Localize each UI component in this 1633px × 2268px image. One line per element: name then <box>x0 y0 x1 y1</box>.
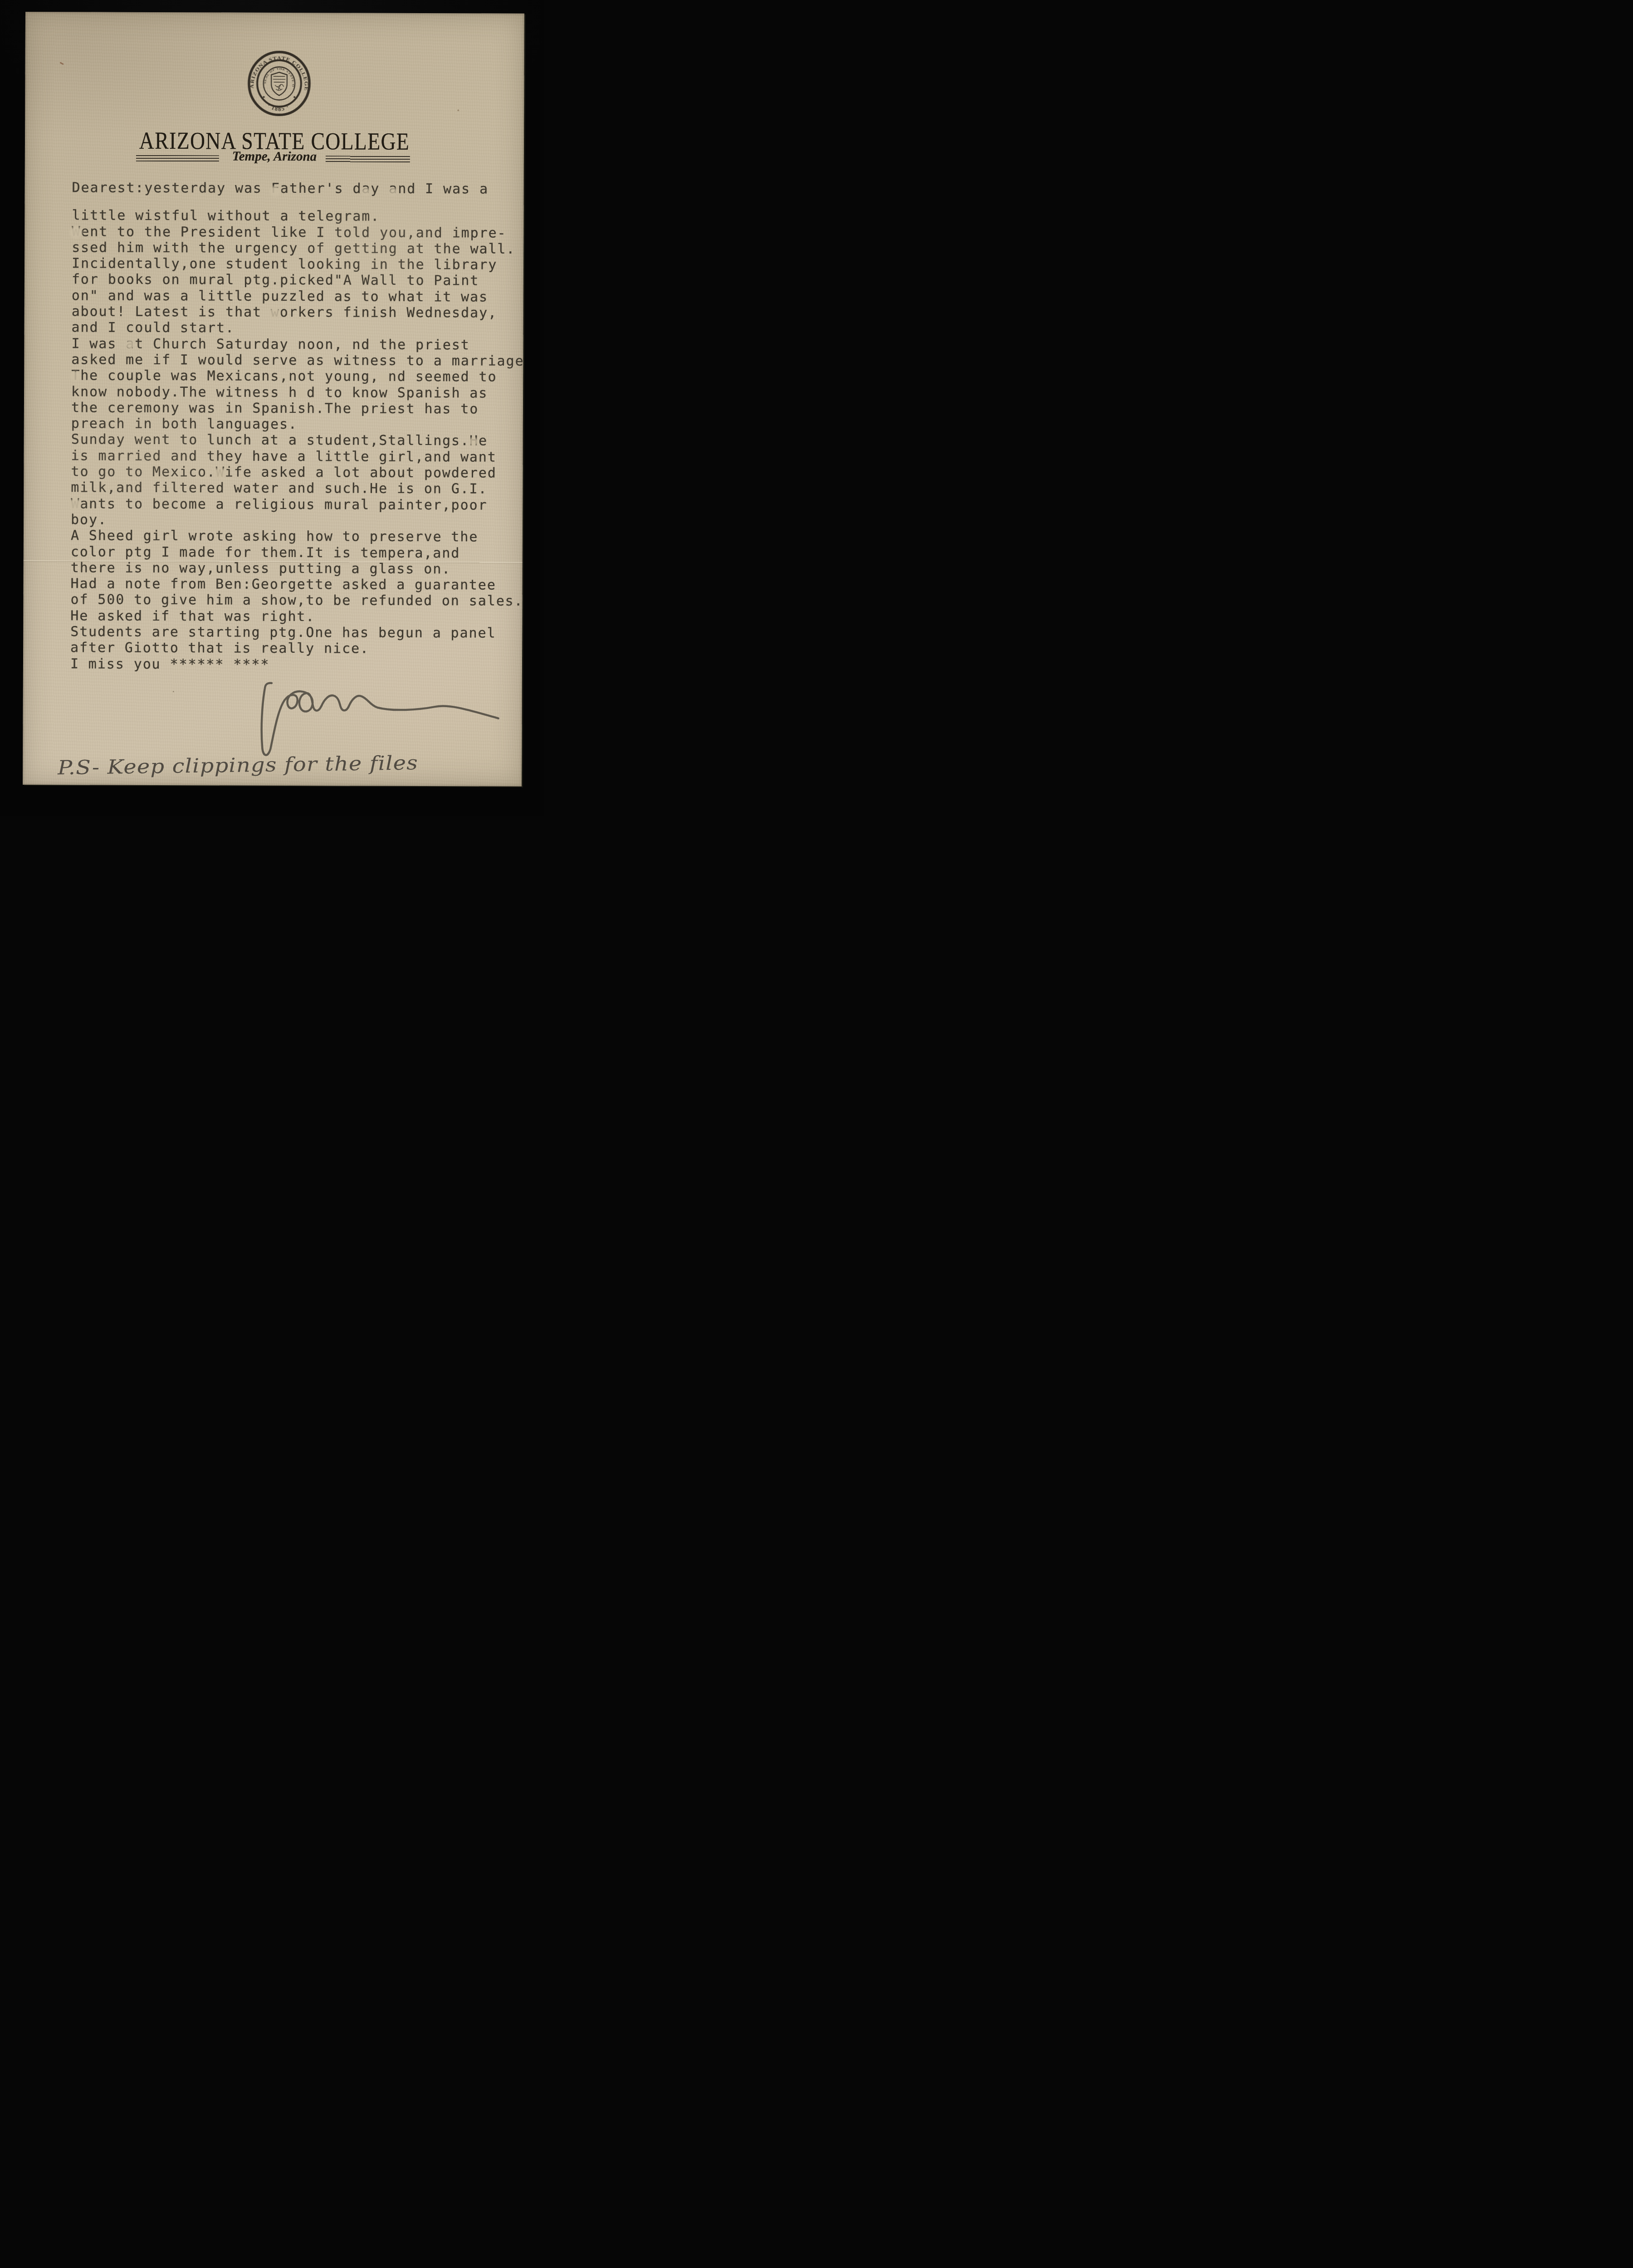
letter-line: know nobody.The witness h d to know Span… <box>71 384 524 401</box>
letter-line: boy. <box>71 512 524 529</box>
letter-line: I miss you ****** **** <box>70 656 524 674</box>
letter-line: Sunday went to lunch at a student,Stalli… <box>71 432 524 450</box>
letter-line: Students are starting ptg.One has begun … <box>70 624 524 641</box>
seal-year-text: · 1885 · <box>266 102 291 112</box>
letter-body: Dearest:yesterday was Father's day and I… <box>70 180 524 673</box>
letter-line: and I could start. <box>72 320 524 337</box>
location-text: Tempe, Arizona <box>25 148 524 165</box>
letter-line: is married and they have a little girl,a… <box>71 448 524 465</box>
scan-backdrop: ARIZONA STATE COLLEGE AT TEMPE · 1885 · … <box>0 0 544 816</box>
letter-line: preach in both languages. <box>71 416 524 434</box>
letter-line: milk,and filtered water and such.He is o… <box>71 480 524 498</box>
letter-line: Went to the President like I told you,an… <box>72 224 524 241</box>
letter-line: ssed him with the urgency of getting at … <box>72 240 524 257</box>
paper-speck <box>59 62 64 65</box>
letter-line: the ceremony was in Spanish.The priest h… <box>71 400 524 417</box>
paper-speck <box>173 691 174 692</box>
letter-line: A Sheed girl wrote asking how to preserv… <box>71 528 524 546</box>
letter-line: little wistful without a telegram. <box>72 208 524 225</box>
letter-line: Wants to become a religious mural painte… <box>71 496 524 513</box>
college-seal-icon: ARIZONA STATE COLLEGE AT TEMPE · 1885 · … <box>246 49 313 118</box>
letter-line: of 500 to give him a show,to be refunded… <box>70 592 524 610</box>
letter-line: after Giotto that is really nice. <box>70 640 524 658</box>
seal-shield-icon <box>271 72 287 95</box>
letter-line: there is no way,unless putting a glass o… <box>71 560 524 577</box>
letter-line: asked me if I would serve as witness to … <box>71 352 524 369</box>
letter-line: for books on mural ptg.picked"A Wall to … <box>72 272 524 289</box>
letter-line: The couple was Mexicans,not young, nd se… <box>71 368 524 386</box>
letter-line: Dearest:yesterday was Father's day and I… <box>72 180 524 197</box>
postscript-handwriting: P.S- Keep clippings for the files <box>57 752 418 779</box>
letter-line: I was at Church Saturday noon, nd the pr… <box>71 336 524 353</box>
letter-line: He asked if that was right. <box>70 608 524 626</box>
paper-speck <box>457 109 459 111</box>
letter-page: ARIZONA STATE COLLEGE AT TEMPE · 1885 · … <box>23 12 524 787</box>
signature-jean: Jean <box>261 683 498 756</box>
letter-line: Had a note from Ben:Georgette asked a gu… <box>71 576 524 593</box>
letter-line: Incidentally,one student looking in the … <box>72 256 524 274</box>
letter-line: to go to Mexico.Wife asked a lot about p… <box>71 464 524 481</box>
letter-line: about! Latest is that workers finish Wed… <box>72 303 524 321</box>
letter-line: color ptg I made for them.It is tempera,… <box>71 544 524 562</box>
letter-line: on" and was a little puzzled as to what … <box>72 288 524 305</box>
